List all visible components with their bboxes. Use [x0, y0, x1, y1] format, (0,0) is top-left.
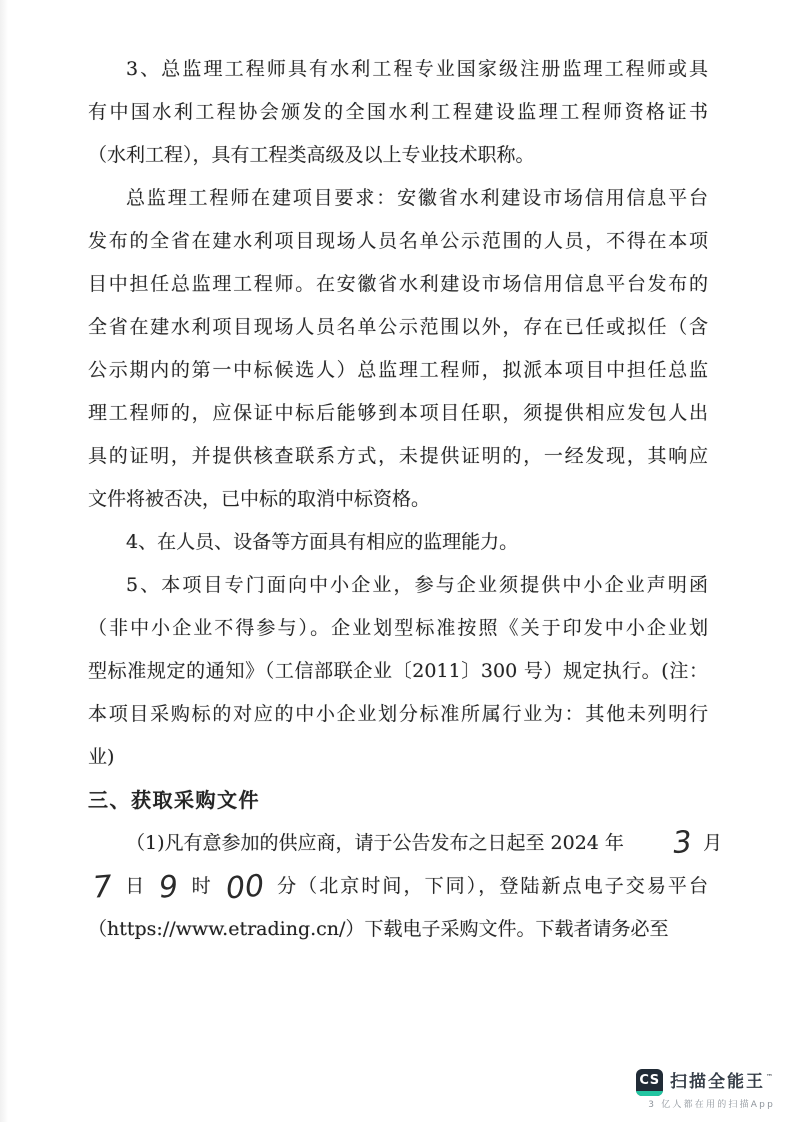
logo-cs-text: CS	[639, 1074, 659, 1087]
watermark-logo-row: CS 扫描全能王™	[636, 1069, 775, 1096]
text-segment: （水利工程），具有工程类高级及以上专业技术职称。	[88, 144, 535, 166]
handwritten-digit: 9	[154, 887, 183, 890]
text-line: （1)凡有意参加的供应商，请于公告发布之日起至 2024 年 3 月	[88, 822, 708, 865]
camscanner-logo-icon: CS	[636, 1069, 663, 1096]
text-line: 4、在人员、设备等方面具有相应的监理能力。	[88, 521, 708, 564]
text-line: 5、本项目专门面向中小企业，参与企业须提供中小企业声明函	[88, 564, 708, 607]
handwritten-digit: 7	[88, 887, 117, 890]
text-segment: 总监理工程师在建项目要求：安徽省水利建设市场信用信息平台	[126, 187, 708, 209]
text-segment: 三、获取采购文件	[88, 788, 260, 812]
text-line: 发布的全省在建水利项目现场人员名单公示范围的人员，不得在本项	[88, 220, 708, 263]
text-line: 理工程师的，应保证中标后能够到本项目任职，须提供相应发包人出	[88, 392, 708, 435]
text-segment: 文件将被否决，已中标的取消中标资格。	[88, 488, 430, 510]
text-segment: 目中担任总监理工程师。在安徽省水利建设市场信用信息平台发布的	[88, 273, 708, 295]
text-segment: 发布的全省在建水利项目现场人员名单公示范围的人员，不得在本项	[88, 230, 708, 252]
watermark-tagline: 3 亿人都在用的扫描App	[636, 1101, 775, 1110]
text-line: 7 日 9 时 00 分（北京时间，下同），登陆新点电子交易平台	[88, 865, 708, 908]
camscanner-watermark: CS 扫描全能王™ 3 亿人都在用的扫描App	[636, 1069, 775, 1110]
text-segment: 公示期内的第一中标候选人）总监理工程师，拟派本项目中担任总监	[88, 359, 708, 381]
text-line: 总监理工程师在建项目要求：安徽省水利建设市场信用信息平台	[88, 177, 708, 220]
text-segment: 本项目采购标的对应的中小企业划分标准所属行业为：其他未列明行	[88, 703, 708, 725]
text-segment: 5、本项目专门面向中小企业，参与企业须提供中小企业声明函	[126, 574, 708, 596]
text-line: （水利工程），具有工程类高级及以上专业技术职称。	[88, 134, 708, 177]
text-line: 业)	[88, 736, 708, 779]
text-line: 全省在建水利项目现场人员名单公示范围以外，存在已任或拟任（含	[88, 306, 708, 349]
text-line: 具的证明，并提供核查联系方式，未提供证明的，一经发现，其响应	[88, 435, 708, 478]
text-segment: 分（北京时间，下同），登陆新点电子交易平台	[269, 875, 708, 897]
text-segment: （1)凡有意参加的供应商，请于公告发布之日起至 2024 年	[126, 832, 630, 854]
watermark-app-name: 扫描全能王™	[670, 1074, 775, 1091]
text-segment: 具的证明，并提供核查联系方式，未提供证明的，一经发现，其响应	[88, 445, 708, 467]
text-segment: 全省在建水利项目现场人员名单公示范围以外，存在已任或拟任（含	[88, 316, 708, 338]
text-segment: 4、在人员、设备等方面具有相应的监理能力。	[126, 531, 518, 553]
app-name-text: 扫描全能王	[670, 1072, 765, 1092]
text-segment: （https://www.etrading.cn/）下载电子采购文件。下载者请务…	[88, 918, 668, 940]
text-line: 有中国水利工程协会颁发的全国水利工程建设监理工程师资格证书	[88, 91, 708, 134]
text-segment: 月	[697, 832, 722, 854]
handwritten-digit: 3	[630, 842, 697, 848]
text-segment: 3、总监理工程师具有水利工程专业国家级注册监理工程师或具	[126, 58, 708, 80]
text-segment: 理工程师的，应保证中标后能够到本项目任职，须提供相应发包人出	[88, 402, 708, 424]
text-line: 文件将被否决，已中标的取消中标资格。	[88, 478, 708, 521]
trademark-mark: ™	[766, 1073, 775, 1081]
text-segment: （非中小企业不得参与）。企业划型标准按照《关于印发中小企业划	[88, 617, 708, 639]
text-line: 目中担任总监理工程师。在安徽省水利建设市场信用信息平台发布的	[88, 263, 708, 306]
text-segment: 型标准规定的通知》（工信部联企业〔2011〕300 号）规定执行。(注：	[88, 660, 708, 682]
text-segment: 业)	[88, 746, 114, 768]
document-text-block: 3、总监理工程师具有水利工程专业国家级注册监理工程师或具有中国水利工程协会颁发的…	[88, 48, 708, 951]
text-line: 3、总监理工程师具有水利工程专业国家级注册监理工程师或具	[88, 48, 708, 91]
text-line: 本项目采购标的对应的中小企业划分标准所属行业为：其他未列明行	[88, 693, 708, 736]
text-segment: 日	[117, 875, 154, 897]
text-line: 公示期内的第一中标候选人）总监理工程师，拟派本项目中担任总监	[88, 349, 708, 392]
text-line: （非中小企业不得参与）。企业划型标准按照《关于印发中小企业划	[88, 607, 708, 650]
section-heading: 三、获取采购文件	[88, 779, 708, 822]
handwritten-digit: 00	[221, 886, 269, 890]
text-line: （https://www.etrading.cn/）下载电子采购文件。下载者请务…	[88, 908, 708, 951]
scanned-document-page: 3、总监理工程师具有水利工程专业国家级注册监理工程师或具有中国水利工程协会颁发的…	[0, 0, 793, 1122]
logo-accent-strip	[636, 1091, 663, 1096]
text-segment: 有中国水利工程协会颁发的全国水利工程建设监理工程师资格证书	[88, 101, 708, 123]
text-segment: 时	[183, 875, 220, 897]
text-line: 型标准规定的通知》（工信部联企业〔2011〕300 号）规定执行。(注：	[88, 650, 708, 693]
